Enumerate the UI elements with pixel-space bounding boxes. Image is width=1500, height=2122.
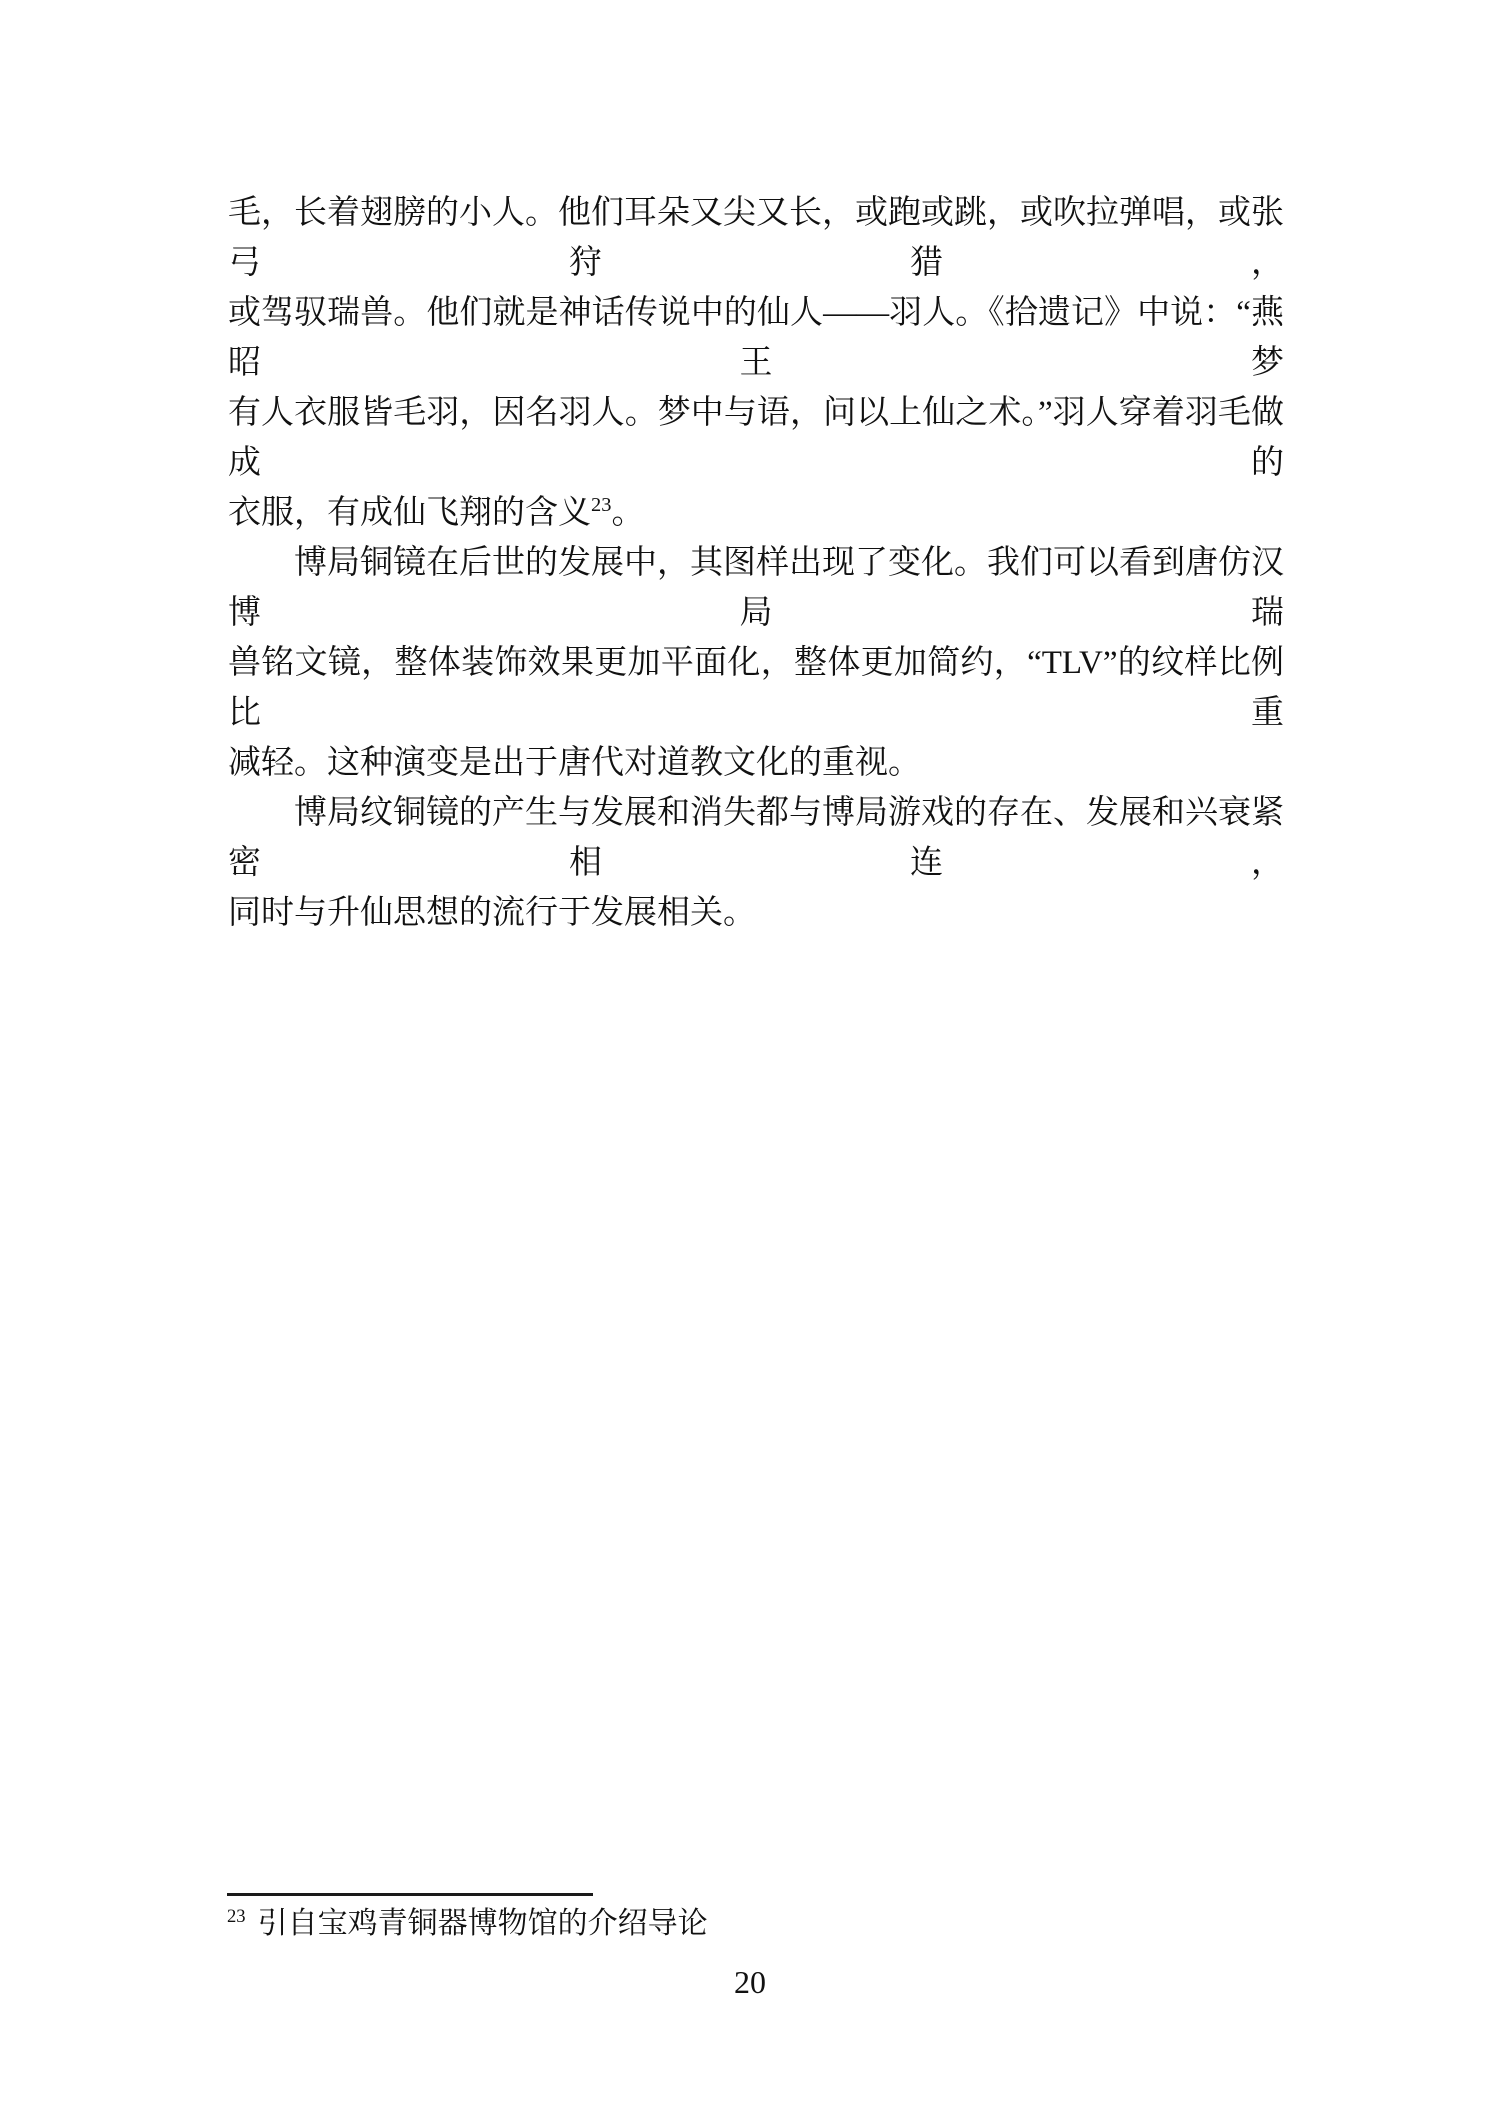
- text-line: 博局铜镜在后世的发展中，其图样出现了变化。我们可以看到唐仿汉博局瑞: [228, 538, 1284, 638]
- text-line: 减轻。这种演变是出于唐代对道教文化的重视。: [228, 738, 1284, 788]
- footnote-marker: 23: [227, 1906, 246, 1927]
- text-line: 有人衣服皆毛羽，因名羽人。梦中与语，问以上仙之术。”羽人穿着羽毛做成的: [228, 388, 1284, 488]
- body-text: 毛，长着翅膀的小人。他们耳朵又尖又长，或跑或跳，或吹拉弹唱，或张弓狩猎， 或驾驭…: [228, 188, 1284, 938]
- text-line: 兽铭文镜，整体装饰效果更加平面化，整体更加简约，“TLV”的纹样比例比重: [228, 638, 1284, 738]
- footnote-text: 引自宝鸡青铜器博物馆的介绍导论: [258, 1907, 708, 1940]
- footnote-reference: 23: [591, 494, 611, 516]
- text-run: 衣服，有成仙飞翔的含义: [228, 495, 591, 531]
- text-line: 衣服，有成仙飞翔的含义23。: [228, 488, 1284, 538]
- footnote: 23引自宝鸡青铜器博物馆的介绍导论: [227, 1902, 1283, 1946]
- text-line: 同时与升仙思想的流行于发展相关。: [228, 888, 1284, 938]
- text-line: 或驾驭瑞兽。他们就是神话传说中的仙人——羽人。《拾遗记》中说：“燕昭王梦: [228, 288, 1284, 388]
- text-line: 博局纹铜镜的产生与发展和消失都与博局游戏的存在、发展和兴衰紧密相连，: [228, 788, 1284, 888]
- text-line: 毛，长着翅膀的小人。他们耳朵又尖又长，或跑或跳，或吹拉弹唱，或张弓狩猎，: [228, 188, 1284, 288]
- document-page: 毛，长着翅膀的小人。他们耳朵又尖又长，或跑或跳，或吹拉弹唱，或张弓狩猎， 或驾驭…: [0, 0, 1500, 2122]
- page-number: 20: [0, 1962, 1500, 2002]
- footnote-separator: [227, 1893, 593, 1896]
- text-run: 。: [611, 495, 644, 531]
